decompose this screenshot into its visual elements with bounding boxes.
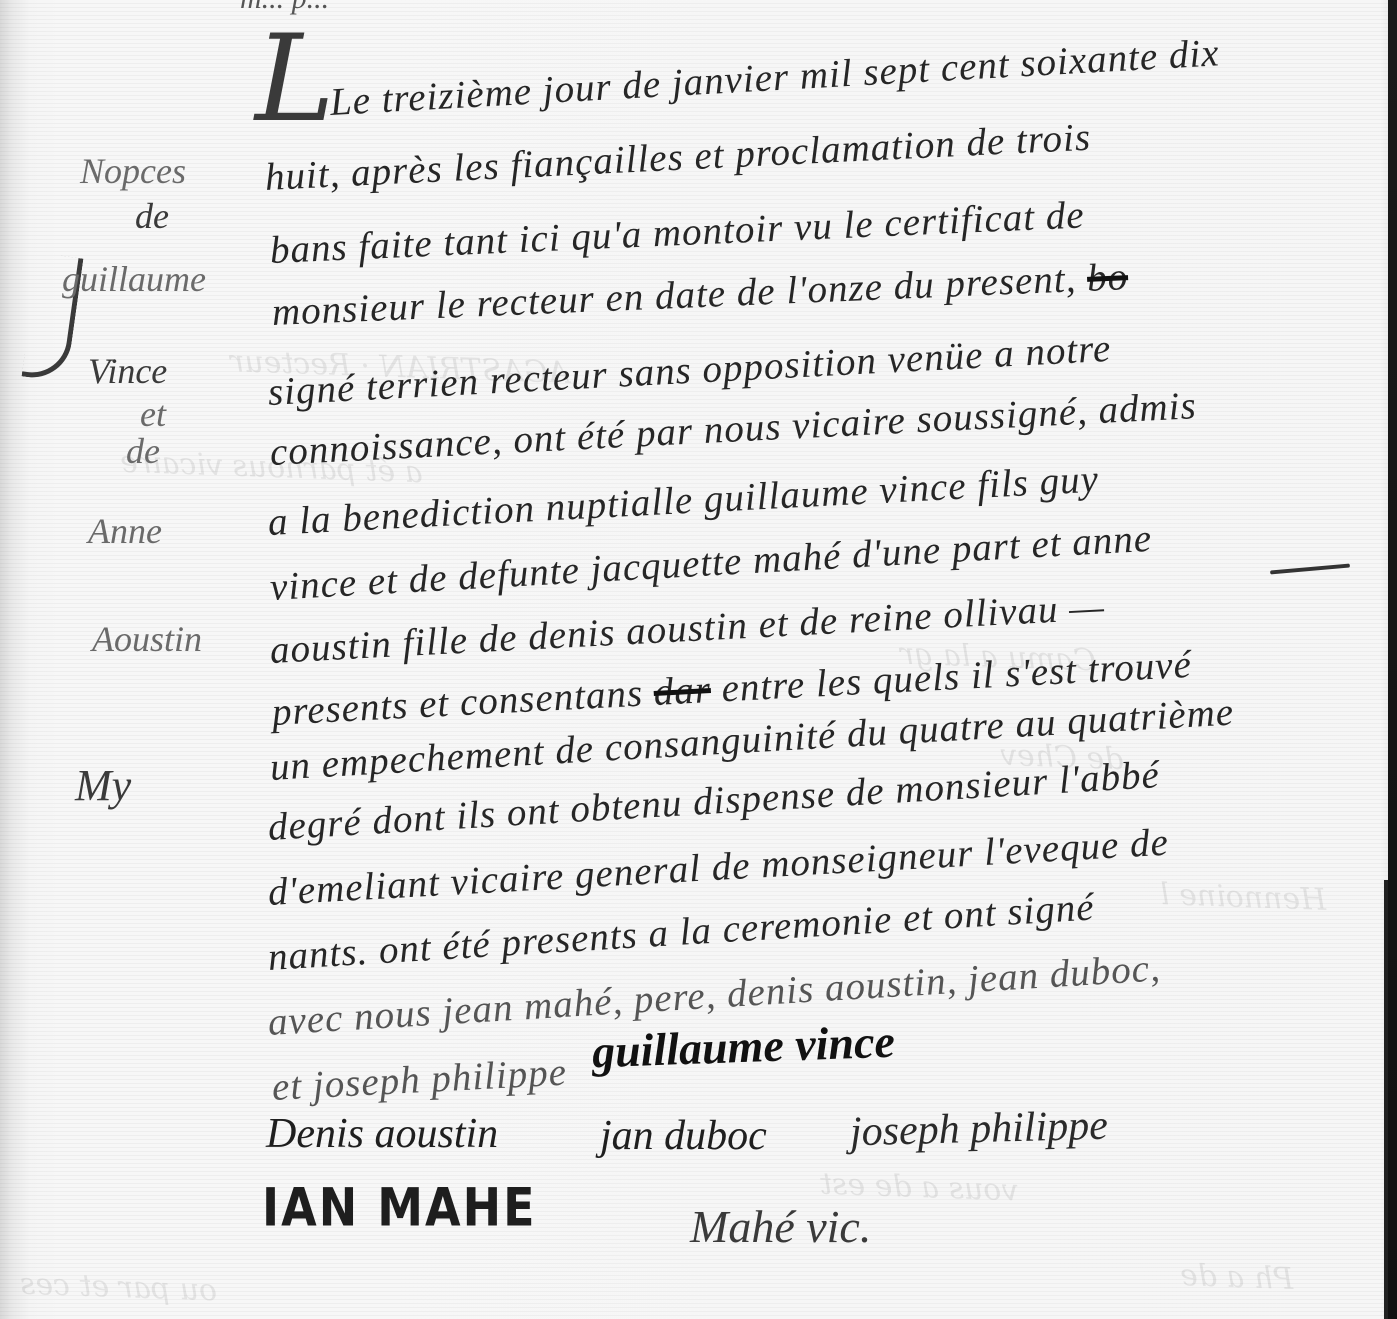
drop-cap-letter: L [255, 20, 335, 140]
signature-joseph-philippe: joseph philippe [849, 1102, 1108, 1157]
signature-groom: guillaume vince [591, 1015, 895, 1079]
line-filler-dash [1270, 564, 1350, 575]
margin-note-line: Nopces [80, 150, 186, 192]
signature-denis-aoustin: Denis aoustin [266, 1110, 498, 1158]
struck-word: bo [1086, 255, 1129, 300]
record-line: huit, après les fiançailles et proclamat… [264, 115, 1092, 200]
margin-note-line: et [140, 393, 166, 435]
page-fold-shadow [1384, 880, 1388, 1319]
scanned-page: AGASTRIAN · Recteur a ét parnous vicaire… [0, 0, 1397, 1319]
margin-initials: My [75, 760, 131, 811]
struck-word: dar [653, 668, 712, 714]
margin-note-line: de [126, 430, 160, 472]
scan-edge-shadow [1388, 0, 1397, 1319]
bleed-through-text: Hennoine l [1159, 877, 1327, 918]
margin-note-line: Vince [88, 350, 167, 392]
signature-priest: Mahé vic. [690, 1200, 871, 1253]
bleed-through-text: ou par et ces [19, 1267, 217, 1309]
margin-note-line: de [135, 195, 169, 237]
margin-note-line: guillaume [62, 258, 206, 300]
record-line: et joseph philippe [271, 1050, 568, 1110]
record-line: Le treizième jour de janvier mil sept ce… [329, 30, 1221, 125]
signature-jan-duboc: jan duboc [600, 1112, 767, 1160]
margin-note-line: Aoustin [92, 618, 202, 660]
margin-note-line: Anne [88, 510, 162, 552]
bleed-through-text: Ph a de [1179, 1258, 1294, 1297]
signature-block-capitals: IAN MAHE [262, 1176, 537, 1238]
